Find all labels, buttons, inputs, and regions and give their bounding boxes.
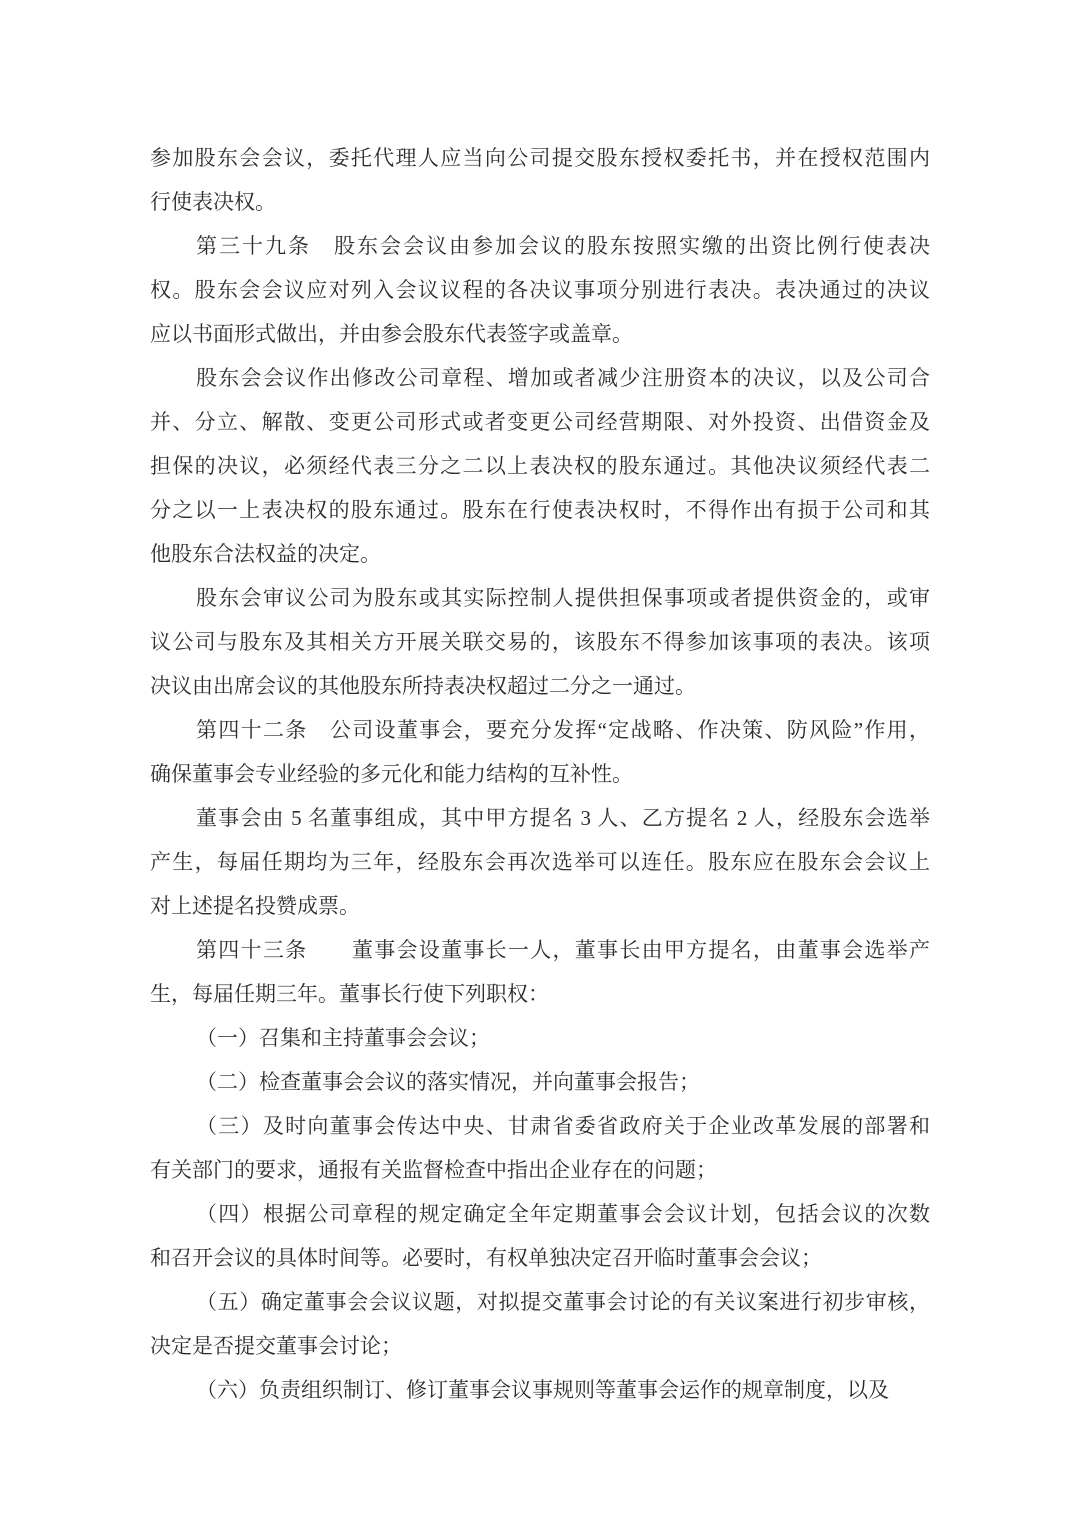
article-42-board-composition: 董事会由 5 名董事组成，其中甲方提名 3 人、乙方提名 2 人，经股东会选举产… bbox=[150, 796, 930, 928]
text-line: 第四十二条 公司设董事会，要充分发挥“定战略、作决策、防风险”作用， bbox=[150, 708, 930, 752]
text-line: 产生，每届任期均为三年，经股东会再次选举可以连任。股东应在股东会会议上 bbox=[150, 840, 930, 884]
text-line: 行使表决权。 bbox=[150, 180, 930, 224]
text-line: 确保董事会专业经验的多元化和能力结构的互补性。 bbox=[150, 752, 930, 796]
text-line: 议公司与股东及其相关方开展关联交易的，该股东不得参加该事项的表决。该项 bbox=[150, 620, 930, 664]
article-38-continuation: 参加股东会会议，委托代理人应当向公司提交股东授权委托书，并在授权范围内行使表决权… bbox=[150, 136, 930, 224]
text-line: 第四十三条 董事会设董事长一人，董事长由甲方提名，由董事会选举产 bbox=[150, 928, 930, 972]
article-39-related-party-voting: 股东会审议公司为股东或其实际控制人提供担保事项或者提供资金的，或审议公司与股东及… bbox=[150, 576, 930, 708]
chairman-power-item-2: （二）检查董事会会议的落实情况，并向董事会报告； bbox=[150, 1060, 930, 1104]
text-line: （二）检查董事会会议的落实情况，并向董事会报告； bbox=[150, 1060, 930, 1104]
article-43: 第四十三条 董事会设董事长一人，董事长由甲方提名，由董事会选举产生，每届任期三年… bbox=[150, 928, 930, 1016]
text-line: 决议由出席会议的其他股东所持表决权超过二分之一通过。 bbox=[150, 664, 930, 708]
text-line: 董事会由 5 名董事组成，其中甲方提名 3 人、乙方提名 2 人，经股东会选举 bbox=[150, 796, 930, 840]
chairman-power-item-6: （六）负责组织制订、修订董事会议事规则等董事会运作的规章制度，以及 bbox=[150, 1368, 930, 1412]
text-line: 股东会会议作出修改公司章程、增加或者减少注册资本的决议，以及公司合 bbox=[150, 356, 930, 400]
text-line: （五）确定董事会会议议题，对拟提交董事会讨论的有关议案进行初步审核， bbox=[150, 1280, 930, 1324]
chairman-power-item-1: （一）召集和主持董事会会议； bbox=[150, 1016, 930, 1060]
text-line: 分之以一上表决权的股东通过。股东在行使表决权时，不得作出有损于公司和其 bbox=[150, 488, 930, 532]
text-line: （四）根据公司章程的规定确定全年定期董事会会议计划，包括会议的次数 bbox=[150, 1192, 930, 1236]
text-line: 和召开会议的具体时间等。必要时，有权单独决定召开临时董事会会议； bbox=[150, 1236, 930, 1280]
article-42: 第四十二条 公司设董事会，要充分发挥“定战略、作决策、防风险”作用，确保董事会专… bbox=[150, 708, 930, 796]
text-line: 生，每届任期三年。董事长行使下列职权： bbox=[150, 972, 930, 1016]
chairman-power-item-3: （三）及时向董事会传达中央、甘肃省委省政府关于企业改革发展的部署和有关部门的要求… bbox=[150, 1104, 930, 1192]
text-line: 股东会审议公司为股东或其实际控制人提供担保事项或者提供资金的，或审 bbox=[150, 576, 930, 620]
text-line: 权。股东会会议应对列入会议议程的各决议事项分别进行表决。表决通过的决议 bbox=[150, 268, 930, 312]
text-line: 第三十九条 股东会会议由参加会议的股东按照实缴的出资比例行使表决 bbox=[150, 224, 930, 268]
article-39: 第三十九条 股东会会议由参加会议的股东按照实缴的出资比例行使表决权。股东会会议应… bbox=[150, 224, 930, 356]
document-page: 参加股东会会议，委托代理人应当向公司提交股东授权委托书，并在授权范围内行使表决权… bbox=[0, 0, 1080, 1527]
text-line: 对上述提名投赞成票。 bbox=[150, 884, 930, 928]
chairman-power-item-5: （五）确定董事会会议议题，对拟提交董事会讨论的有关议案进行初步审核，决定是否提交… bbox=[150, 1280, 930, 1368]
text-line: 担保的决议，必须经代表三分之二以上表决权的股东通过。其他决议须经代表二 bbox=[150, 444, 930, 488]
text-line: 并、分立、解散、变更公司形式或者变更公司经营期限、对外投资、出借资金及 bbox=[150, 400, 930, 444]
text-line: （六）负责组织制订、修订董事会议事规则等董事会运作的规章制度，以及 bbox=[150, 1368, 930, 1412]
chairman-power-item-4: （四）根据公司章程的规定确定全年定期董事会会议计划，包括会议的次数和召开会议的具… bbox=[150, 1192, 930, 1280]
document-text-block: 参加股东会会议，委托代理人应当向公司提交股东授权委托书，并在授权范围内行使表决权… bbox=[150, 136, 930, 1412]
text-line: 决定是否提交董事会讨论； bbox=[150, 1324, 930, 1368]
text-line: 他股东合法权益的决定。 bbox=[150, 532, 930, 576]
text-line: 应以书面形式做出，并由参会股东代表签字或盖章。 bbox=[150, 312, 930, 356]
text-line: （三）及时向董事会传达中央、甘肃省委省政府关于企业改革发展的部署和 bbox=[150, 1104, 930, 1148]
text-line: 参加股东会会议，委托代理人应当向公司提交股东授权委托书，并在授权范围内 bbox=[150, 136, 930, 180]
article-39-special-resolutions: 股东会会议作出修改公司章程、增加或者减少注册资本的决议，以及公司合并、分立、解散… bbox=[150, 356, 930, 576]
text-line: 有关部门的要求，通报有关监督检查中指出企业存在的问题； bbox=[150, 1148, 930, 1192]
text-line: （一）召集和主持董事会会议； bbox=[150, 1016, 930, 1060]
